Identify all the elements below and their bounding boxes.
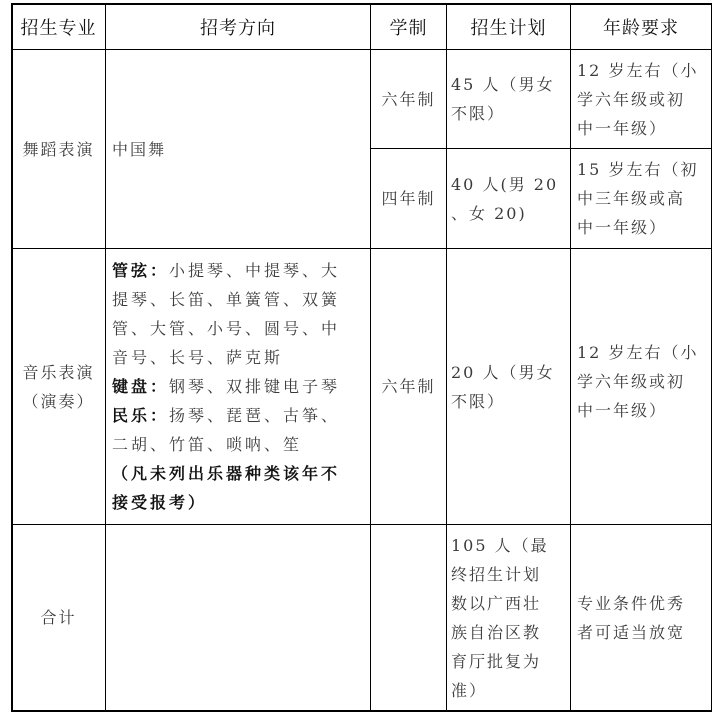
instrument-list: 钢琴、双排键电子琴 [169,377,340,396]
dance-six-year-age-cell: 12 岁左右（小 学六年级或初 中一年级） [577,50,711,148]
plan-line: 、女 20) [451,199,558,228]
age-line: 学六年级或初 [577,367,698,396]
dance-major: 舞蹈表演 [22,135,94,164]
age-line: 学六年级或初 [577,85,698,114]
instrument-list: 小提琴、中提琴、大 [169,261,340,280]
total-duration-cell [371,525,446,710]
music-direction-cell: 管弦：小提琴、中提琴、大 提琴、长笛、单簧管、双簧 管、大管、小号、圆号、中 音… [112,249,370,524]
header-age: 年龄要求 [571,4,711,49]
plan-line: 20 人（男女 [451,358,554,387]
plan-line: 40 人(男 20 [451,170,558,199]
age-line: 12 岁左右（小 [577,56,698,85]
age-line: 12 岁左右（小 [577,338,698,367]
age-line: 中一年级） [577,213,698,242]
header-duration-label: 学制 [390,14,428,40]
dance-major-cell: 舞蹈表演 [12,50,105,248]
category-keyboard-label: 键盘： [112,377,169,396]
total-label: 合计 [40,603,76,632]
note-line: （凡未列出乐器种类该年不 [112,459,340,488]
table-border-bottom [11,710,712,712]
age-line: 15 岁左右（初 [577,155,698,184]
total-direction-cell [106,525,370,710]
age-line: 中三年级或高 [577,184,698,213]
plan-line: 不限） [451,387,554,416]
age-line: 者可适当放宽 [577,618,685,647]
plan-line: 族自治区教 [451,618,549,647]
dance-direction-cell: 中国舞 [112,50,370,248]
category-strings-label: 管弦： [112,261,169,280]
header-major-label: 招生专业 [21,14,97,40]
header-major: 招生专业 [12,4,105,49]
header-age-label: 年龄要求 [603,14,679,40]
duration-six-year: 六年制 [381,85,435,114]
dance-four-year-plan-cell: 40 人(男 20 、女 20) [451,149,570,248]
category-folk-label: 民乐： [112,406,169,425]
dance-direction: 中国舞 [112,135,166,164]
duration-six-year: 六年制 [381,372,435,401]
plan-line: 105 人（最 [451,531,549,560]
dance-four-year-duration-cell: 四年制 [371,149,446,248]
age-line: 中一年级） [577,396,698,425]
header-direction: 招考方向 [106,4,370,49]
plan-line: 准） [451,676,549,705]
header-direction-label: 招考方向 [200,14,276,40]
total-plan-cell: 105 人（最 终招生计划 数以广西壮 族自治区教 育厅批复为 准） [451,525,570,710]
plan-line: 数以广西壮 [451,589,549,618]
plan-line: 终招生计划 [451,560,549,589]
col-divider [446,3,447,711]
duration-four-year: 四年制 [381,184,435,213]
dance-four-year-age-cell: 15 岁左右（初 中三年级或高 中一年级） [577,149,711,248]
instrument-list: 提琴、长笛、单簧管、双簧 [112,285,340,314]
dance-six-year-plan-cell: 45 人（男女 不限） [451,50,570,148]
plan-line: 不限） [451,99,554,128]
instrument-list: 二胡、竹笛、唢呐、笙 [112,430,340,459]
total-age-cell: 专业条件优秀 者可适当放宽 [577,525,711,710]
total-label-cell: 合计 [12,525,105,710]
music-duration-cell: 六年制 [371,249,446,524]
dance-six-year-duration-cell: 六年制 [371,50,446,148]
plan-line: 45 人（男女 [451,70,554,99]
header-duration: 学制 [371,4,446,49]
instrument-list: 管、大管、小号、圆号、中 [112,314,340,343]
instrument-list: 音号、长号、萨克斯 [112,343,340,372]
instrument-list: 扬琴、琵琶、古筝、 [169,406,340,425]
music-plan-cell: 20 人（男女 不限） [451,249,570,524]
music-age-cell: 12 岁左右（小 学六年级或初 中一年级） [577,249,711,524]
age-line: 中一年级） [577,114,698,143]
music-major-line: 音乐表演 [22,358,94,387]
header-plan: 招生计划 [447,4,570,49]
note-line: 接受报考） [112,488,340,517]
music-major-line: （演奏） [22,387,94,416]
music-major-cell: 音乐表演 （演奏） [12,249,105,524]
plan-line: 育厅批复为 [451,647,549,676]
col-divider [570,3,571,711]
age-line: 专业条件优秀 [577,589,685,618]
header-plan-label: 招生计划 [471,14,547,40]
